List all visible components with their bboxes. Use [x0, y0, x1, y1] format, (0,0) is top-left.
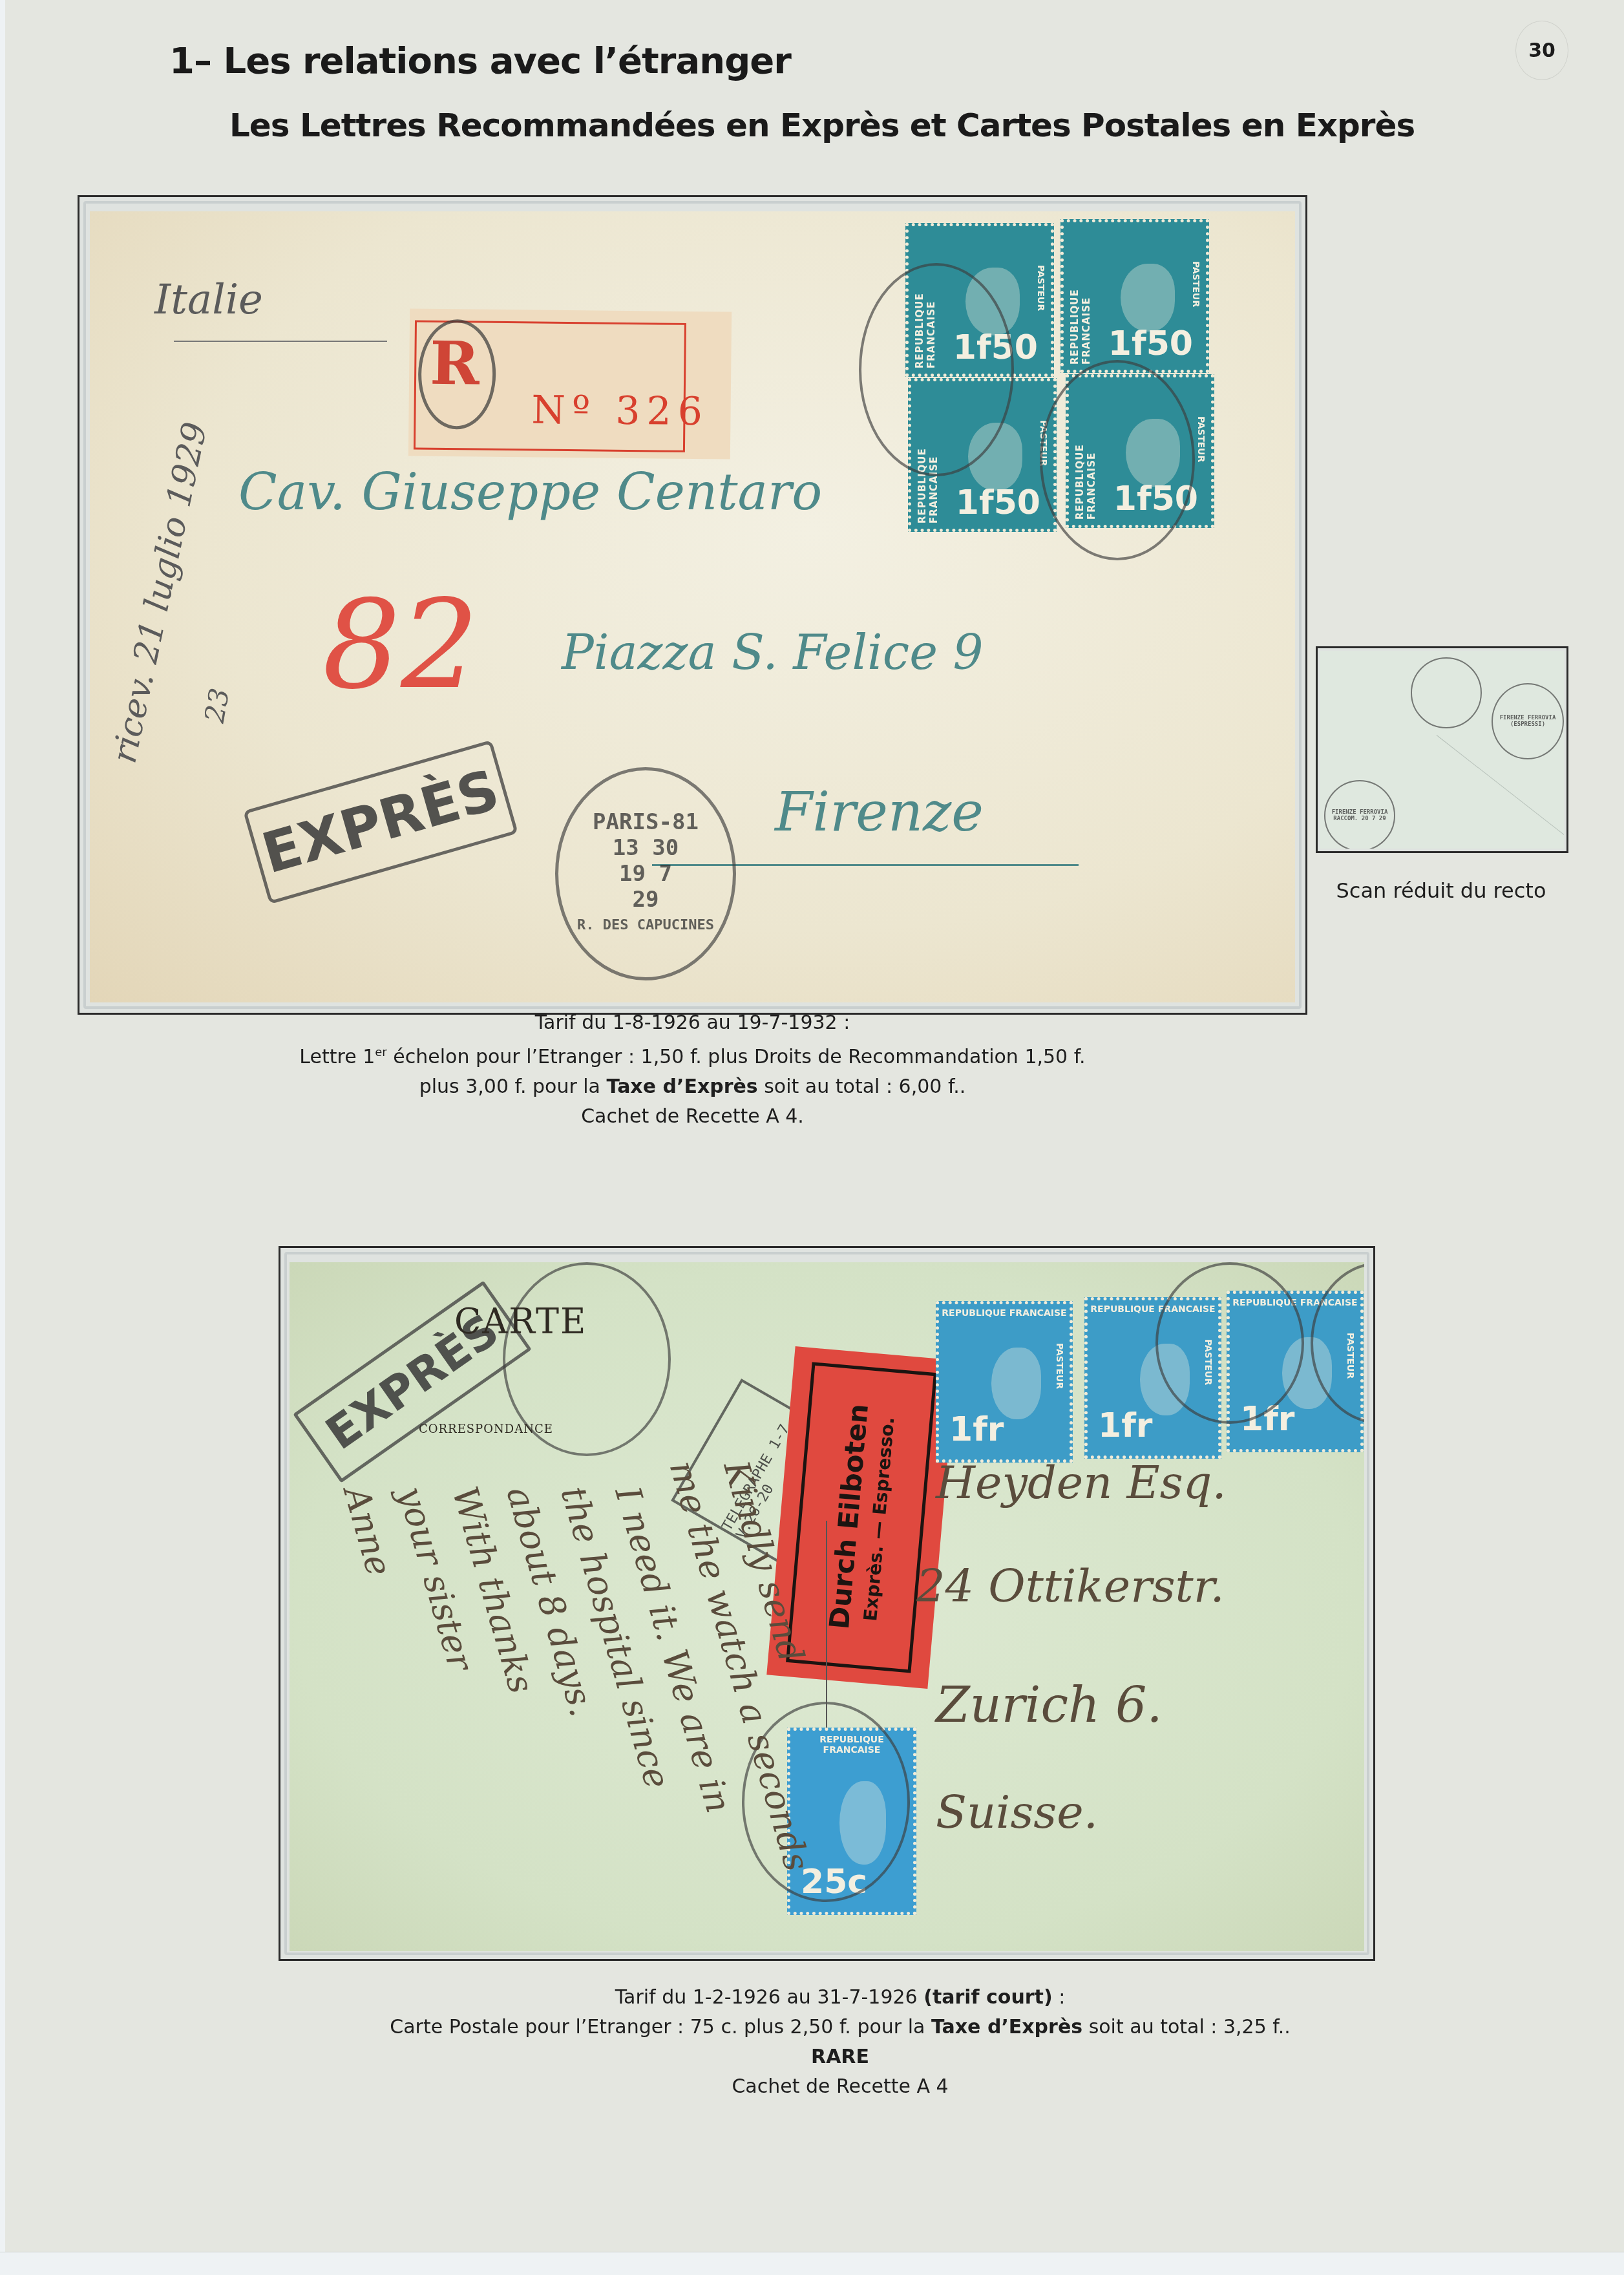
portrait — [991, 1348, 1041, 1419]
page-number: 30 — [1515, 21, 1568, 80]
caption-line: Cachet de Recette A 4. — [78, 1102, 1307, 1132]
caption-line: Lettre 1er échelon pour l’Etranger : 1,5… — [78, 1038, 1307, 1072]
paris-81-postmark: PARIS-81 13 30 19 7 29 R. DES CAPUCINES — [555, 767, 736, 980]
caption-line: Tarif du 1-8-1926 au 19-7-1932 : — [78, 1008, 1307, 1038]
handwritten-city: Firenze — [775, 780, 984, 843]
postmark-office: PARIS-81 — [593, 809, 699, 835]
postmark-date: 19 7 — [619, 861, 672, 887]
handwritten-city: Zurich 6. — [936, 1676, 1163, 1733]
express-postcard: EXPRÈS CARTE CORRESPONDANCE TELEGRAPHE 1… — [290, 1262, 1364, 1951]
stamp-country: REPUBLIQUE FRANCAISE — [939, 1308, 1070, 1318]
recto-thumbnail-frame: FIRENZE FERROVIA (ESPRESSI) FIRENZE FERR… — [1316, 646, 1568, 853]
expres-handstamp: EXPRÈS — [243, 740, 518, 904]
postmark-street: R. DES CAPUCINES — [577, 913, 714, 938]
thumbnail-postmark — [1411, 657, 1482, 728]
handwritten-red-number: 82 — [322, 573, 479, 716]
cover-tariff-caption: Tarif du 1-8-1926 au 19-7-1932 : Lettre … — [78, 1008, 1307, 1132]
underline — [174, 341, 387, 342]
thumbnail-postmark-raccom: FIRENZE FERROVIA RACCOM. 20 7 29 — [1324, 780, 1395, 849]
thumbnail-postmark-espressi: FIRENZE FERROVIA (ESPRESSI) — [1492, 683, 1564, 759]
stamp-name: PASTEUR — [1190, 261, 1201, 307]
handwritten-street: Piazza S. Felice 9 — [562, 625, 984, 681]
printed-card-title: CARTE — [454, 1301, 587, 1342]
postcard-mount: EXPRÈS CARTE CORRESPONDANCE TELEGRAPHE 1… — [279, 1246, 1375, 1961]
printed-card-subtitle: CORRESPONDANCE — [419, 1423, 553, 1436]
card-tariff-caption: Tarif du 1-2-1926 au 31-7-1926 (tarif co… — [194, 1983, 1486, 2102]
postmark-cancel-on-stamps — [859, 263, 1014, 476]
stamp-name: PASTEUR — [1035, 265, 1046, 311]
handwritten-destination-country: Italie — [154, 276, 263, 324]
recto-thumbnail: FIRENZE FERROVIA (ESPRESSI) FIRENZE FERR… — [1320, 651, 1564, 849]
stamp-value: 1f50 — [956, 483, 1053, 529]
stamp-name: PASTEUR — [1196, 416, 1206, 462]
connector-line — [826, 1521, 827, 1728]
handwritten-receipt-note: ricev. 21 luglio 1929 — [105, 419, 215, 767]
handwritten-country: Suisse. — [936, 1786, 1098, 1839]
page-bottom-edge — [0, 2252, 1624, 2275]
stamp-name: PASTEUR — [1054, 1343, 1064, 1389]
caption-line: Tarif du 1-2-1926 au 31-7-1926 (tarif co… — [194, 1983, 1486, 2013]
postage-stamp: REPUBLIQUE FRANCAISEPASTEUR1fr — [936, 1301, 1073, 1463]
postmark-cancel-on-stamps — [1155, 1262, 1304, 1424]
handwritten-note-number: 23 — [198, 686, 236, 725]
stamp-value: 1fr — [1088, 1406, 1152, 1455]
page-title: 1– Les relations avec l’étranger — [169, 40, 791, 82]
registration-label: R Nº 326 — [408, 308, 732, 459]
stamp-country: REPUBLIQUE FRANCAISE — [1069, 228, 1092, 365]
caption-line: Cachet de Recette A 4 — [194, 2072, 1486, 2102]
caption-line: Carte Postale pour l’Etranger : 75 c. pl… — [194, 2013, 1486, 2042]
handwritten-street: 24 Ottikerstr. — [916, 1560, 1225, 1613]
registration-number: Nº 326 — [531, 387, 709, 434]
portrait — [1121, 264, 1175, 332]
rarity-label: RARE — [194, 2042, 1486, 2072]
message-line: Anne — [335, 1482, 399, 1580]
thumbnail-caption: Scan réduit du recto — [1312, 876, 1570, 905]
postmark-time: 13 30 — [613, 835, 679, 861]
postmark-year: 29 — [633, 887, 659, 913]
page-left-edge — [0, 0, 5, 2275]
caption-line: plus 3,00 f. pour la Taxe d’Exprès soit … — [78, 1072, 1307, 1102]
postage-stamp: REPUBLIQUE FRANCAISEPASTEUR1f50 — [1060, 219, 1209, 373]
page-subtitle: Les Lettres Recommandées en Exprès et Ca… — [229, 107, 1415, 144]
postmark-cancel-on-stamps — [1040, 360, 1195, 560]
handwritten-addressee: Cav. Giuseppe Centaro — [238, 463, 822, 522]
registered-express-envelope: Italie R Nº 326 REPUBLIQUE FRANCAISEPAST… — [90, 211, 1295, 1002]
handwritten-addressee: Heyden Esq. — [936, 1456, 1227, 1509]
stamp-value: 1fr — [939, 1410, 1004, 1459]
cover-mount: Italie R Nº 326 REPUBLIQUE FRANCAISEPAST… — [78, 195, 1307, 1015]
express-label-frame: Durch Eilboten Exprès. — Espresso. — [786, 1362, 937, 1673]
